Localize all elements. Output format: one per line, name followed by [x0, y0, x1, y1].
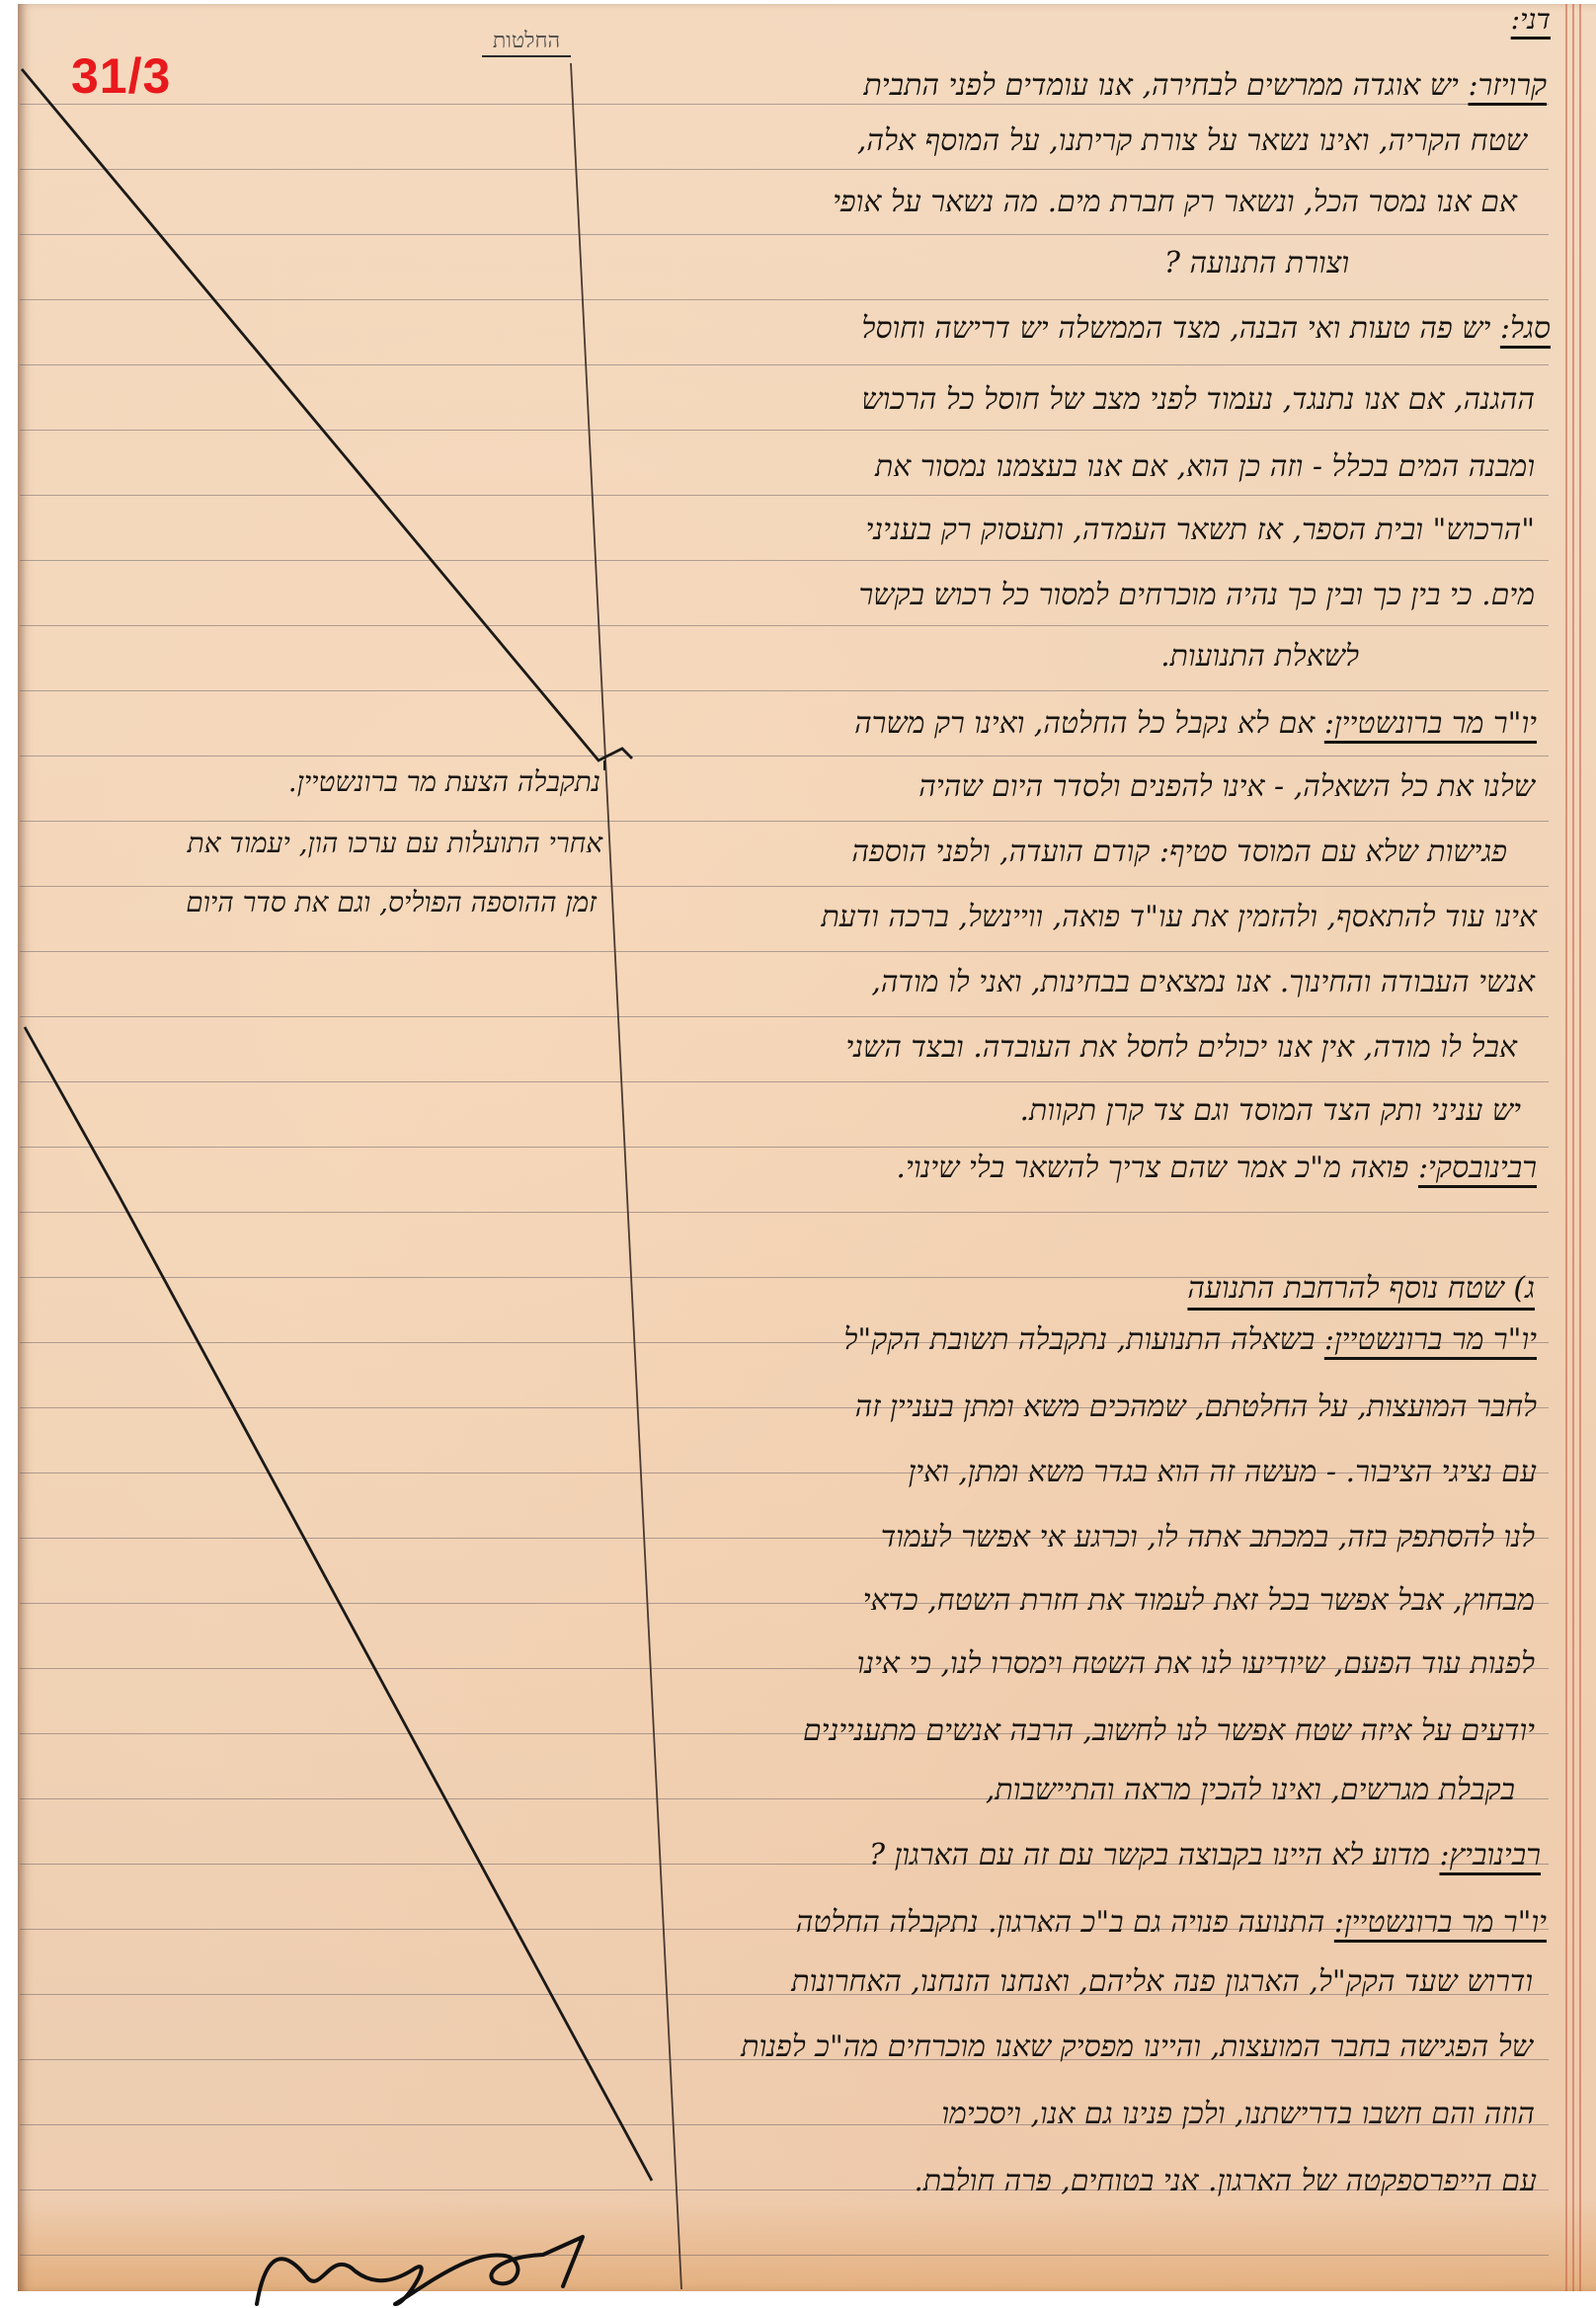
decisions-column-header: החלטות — [482, 28, 571, 57]
minutes-line: מים. כי בין כך ובין כך נהיה מוכרחים למסו… — [858, 581, 1535, 610]
minutes-line: וצורת התנועה ? — [1164, 249, 1349, 279]
line-text: פגישות שלא עם המוסד סטיף: קודם הועדה, ול… — [851, 835, 1507, 869]
speaker-label: יו"ר מר ברונשטיין: — [1324, 1322, 1537, 1357]
line-text: אנשי העבודה והחינוך. אנו נמצאים בבחינות,… — [871, 965, 1535, 999]
minutes-line: יודעים על איזה שטח אפשר לנו לחשוב, הרבה … — [803, 1716, 1535, 1746]
line-text: אינו עוד להתאסף, ולהזמין את עו"ד פואה, ו… — [821, 900, 1537, 934]
line-text: עם נציגי הציבור. - מעשה זה הוא בגדר משא … — [909, 1455, 1537, 1489]
diagonal-strike-lower — [25, 1027, 652, 2181]
diagonal-strike-upper — [22, 69, 632, 760]
line-text: אם לא נקבל כל החלטה, ואינו רק משרה — [854, 706, 1315, 741]
line-text: ודרוש שעד הקק"ל, הארגון פנה אליהם, ואנחנ… — [791, 1964, 1533, 1999]
line-text: לפנות עוד הפעם, שיודיעו לנו את השטח וימס… — [857, 1646, 1535, 1681]
line-text: ההגנה, אם אנו נתנגד, נעמוד לפני מצב של ח… — [861, 382, 1535, 417]
minutes-line: ודרוש שעד הקק"ל, הארגון פנה אליהם, ואנחנ… — [791, 1967, 1533, 1997]
minutes-line: לפנות עוד הפעם, שיודיעו לנו את השטח וימס… — [857, 1649, 1535, 1679]
line-text: יש אוגדה ממרשים לבחירה, אנו עומדים לפני … — [864, 68, 1459, 103]
line-text: יש עניני ותק הצד המוסד וגם צד קרן תקוות. — [1020, 1093, 1521, 1128]
line-text: וצורת התנועה ? — [1164, 246, 1349, 280]
minutes-line: יו"ר מר ברונשטיין: התנועה פנויה גם ב"כ ה… — [796, 1908, 1547, 1938]
section-heading: ג) שטח נוסף להרחבת התנועה — [1187, 1274, 1535, 1304]
line-text: בקבלת מגרשים, ואינו להכין מראה והתיישבות… — [986, 1773, 1515, 1807]
line-text: לשאלת התנועות. — [1160, 639, 1359, 674]
minutes-line: שטח הקריה, ואינו נשאר על צורת קריתנו, על… — [857, 126, 1527, 156]
minutes-line: לחבר המועצות, על החלטתם, שמהכים משא ומתן… — [855, 1393, 1537, 1422]
speaker-label: דני: — [1511, 6, 1551, 34]
minutes-line: של הפגישה בחבר המועצות, והיינו מפסיק שאנ… — [741, 2032, 1533, 2062]
minutes-line: הוזה והם חשבו בדרישתנו, ולכן פנינו גם אנ… — [941, 2100, 1535, 2129]
minutes-line: רבינובסקי: פואה מ"כ אמר שהם צריך להשאר ב… — [896, 1154, 1537, 1183]
minutes-line: עם הייפרספקטה של הארגון. אני בטוחים, פרה… — [914, 2167, 1537, 2196]
line-text: לחבר המועצות, על החלטתם, שמהכים משא ומתן… — [855, 1390, 1537, 1424]
line-text: הוזה והם חשבו בדרישתנו, ולכן פנינו גם אנ… — [941, 2097, 1535, 2131]
speaker-label: רבינוביץ: — [1439, 1838, 1541, 1872]
line-text: שלנו את כל השאלה, - אינו להפנים ולסדר הי… — [918, 769, 1535, 804]
minutes-line: שלנו את כל השאלה, - אינו להפנים ולסדר הי… — [918, 772, 1535, 802]
line-text: התנועה פנויה גם ב"כ הארגון. נתקבלה החלטה — [796, 1905, 1325, 1940]
minutes-line: אנשי העבודה והחינוך. אנו נמצאים בבחינות,… — [871, 968, 1535, 997]
line-text: מבחוץ, אבל אפשר בכל זאת לעמוד את חזרת הש… — [863, 1583, 1535, 1618]
minutes-line: "הרכוש" ובית הספר, אז תשאר העמדה, ותעסוק… — [865, 516, 1535, 545]
line-text: מים. כי בין כך ובין כך נהיה מוכרחים למסו… — [858, 578, 1535, 612]
minutes-line: אם אנו נמסר הכל, ונשאר רק חברת מים. מה נ… — [833, 188, 1517, 217]
margin-divider-line — [571, 63, 681, 2289]
speaker-label: יו"ר מר ברונשטיין: — [1324, 706, 1537, 741]
decision-line: זמן ההוספה הפוליס, וגם את סדר היום — [186, 889, 597, 916]
line-text: ומבנה המים בכלל - וזה כן הוא, אם אנו בעצ… — [875, 449, 1535, 484]
minutes-line: ההגנה, אם אנו נתנגד, נעמוד לפני מצב של ח… — [861, 385, 1535, 415]
minutes-line: סגל: יש פה טעות ואי הבנה, מצד הממשלה יש … — [861, 314, 1551, 344]
section-title: ג) שטח נוסף להרחבת התנועה — [1187, 1271, 1535, 1306]
line-text: שטח הקריה, ואינו נשאר על צורת קריתנו, על… — [857, 123, 1527, 158]
speaker-label: רבינובסקי: — [1418, 1151, 1537, 1185]
decision-line: נתקבלה הצעת מר ברונשטיין. — [288, 768, 600, 796]
speaker-label: קרויזר: — [1468, 68, 1547, 103]
decision-line: אחרי התועלות עם ערכו הון, יעמוד את — [188, 830, 602, 857]
line-text: פואה מ"כ אמר שהם צריך להשאר בלי שינוי. — [896, 1151, 1408, 1185]
line-text: אבל לו מודה, אין אנו יכולים לחסל את העוב… — [845, 1030, 1517, 1065]
line-text: "הרכוש" ובית הספר, אז תשאר העמדה, ותעסוק… — [865, 513, 1535, 547]
signature — [247, 2227, 602, 2306]
minutes-line: ומבנה המים בכלל - וזה כן הוא, אם אנו בעצ… — [875, 452, 1535, 482]
minutes-line: יו"ר מר ברונשטיין: בשאלה התנועות, נתקבלה… — [843, 1325, 1537, 1355]
minutes-line: מבחוץ, אבל אפשר בכל זאת לעמוד את חזרת הש… — [863, 1586, 1535, 1616]
minutes-line: לשאלת התנועות. — [1160, 642, 1359, 672]
line-text: של הפגישה בחבר המועצות, והיינו מפסיק שאנ… — [741, 2029, 1533, 2064]
line-text: בשאלה התנועות, נתקבלה תשובת הקק"ל — [843, 1322, 1315, 1357]
minutes-line: יש עניני ותק הצד המוסד וגם צד קרן תקוות. — [1020, 1096, 1521, 1126]
minutes-line: פגישות שלא עם המוסד סטיף: קודם הועדה, ול… — [851, 837, 1507, 867]
minutes-line: אבל לו מודה, אין אנו יכולים לחסל את העוב… — [845, 1033, 1517, 1063]
line-text: מדוע לא היינו בקבוצה בקשר עם זה עם הארגו… — [869, 1838, 1430, 1872]
line-text: לנו להסתפק בזה, במכתב אתה לו, וכרגע אי א… — [881, 1520, 1535, 1554]
minutes-line: קרויזר: יש אוגדה ממרשים לבחירה, אנו עומד… — [864, 71, 1548, 101]
line-text: יודעים על איזה שטח אפשר לנו לחשוב, הרבה … — [803, 1713, 1535, 1748]
speaker-label: יו"ר מר ברונשטיין: — [1334, 1905, 1547, 1940]
minutes-line: בקבלת מגרשים, ואינו להכין מראה והתיישבות… — [986, 1776, 1515, 1805]
line-text: עם הייפרספקטה של הארגון. אני בטוחים, פרה… — [914, 2164, 1537, 2198]
line-text: אם אנו נמסר הכל, ונשאר רק חברת מים. מה נ… — [833, 185, 1517, 219]
minutes-line: אינו עוד להתאסף, ולהזמין את עו"ד פואה, ו… — [821, 903, 1537, 932]
minutes-line: עם נציגי הציבור. - מעשה זה הוא בגדר משא … — [909, 1458, 1537, 1487]
minutes-line: לנו להסתפק בזה, במכתב אתה לו, וכרגע אי א… — [881, 1523, 1535, 1552]
speaker-label: סגל: — [1500, 311, 1551, 346]
minutes-line: יו"ר מר ברונשטיין: אם לא נקבל כל החלטה, … — [854, 709, 1537, 739]
line-text: יש פה טעות ואי הבנה, מצד הממשלה יש דרישה… — [861, 311, 1490, 346]
page-number-stamp: 31/3 — [71, 47, 171, 105]
minutes-line: רבינוביץ: מדוע לא היינו בקבוצה בקשר עם ז… — [869, 1841, 1541, 1870]
